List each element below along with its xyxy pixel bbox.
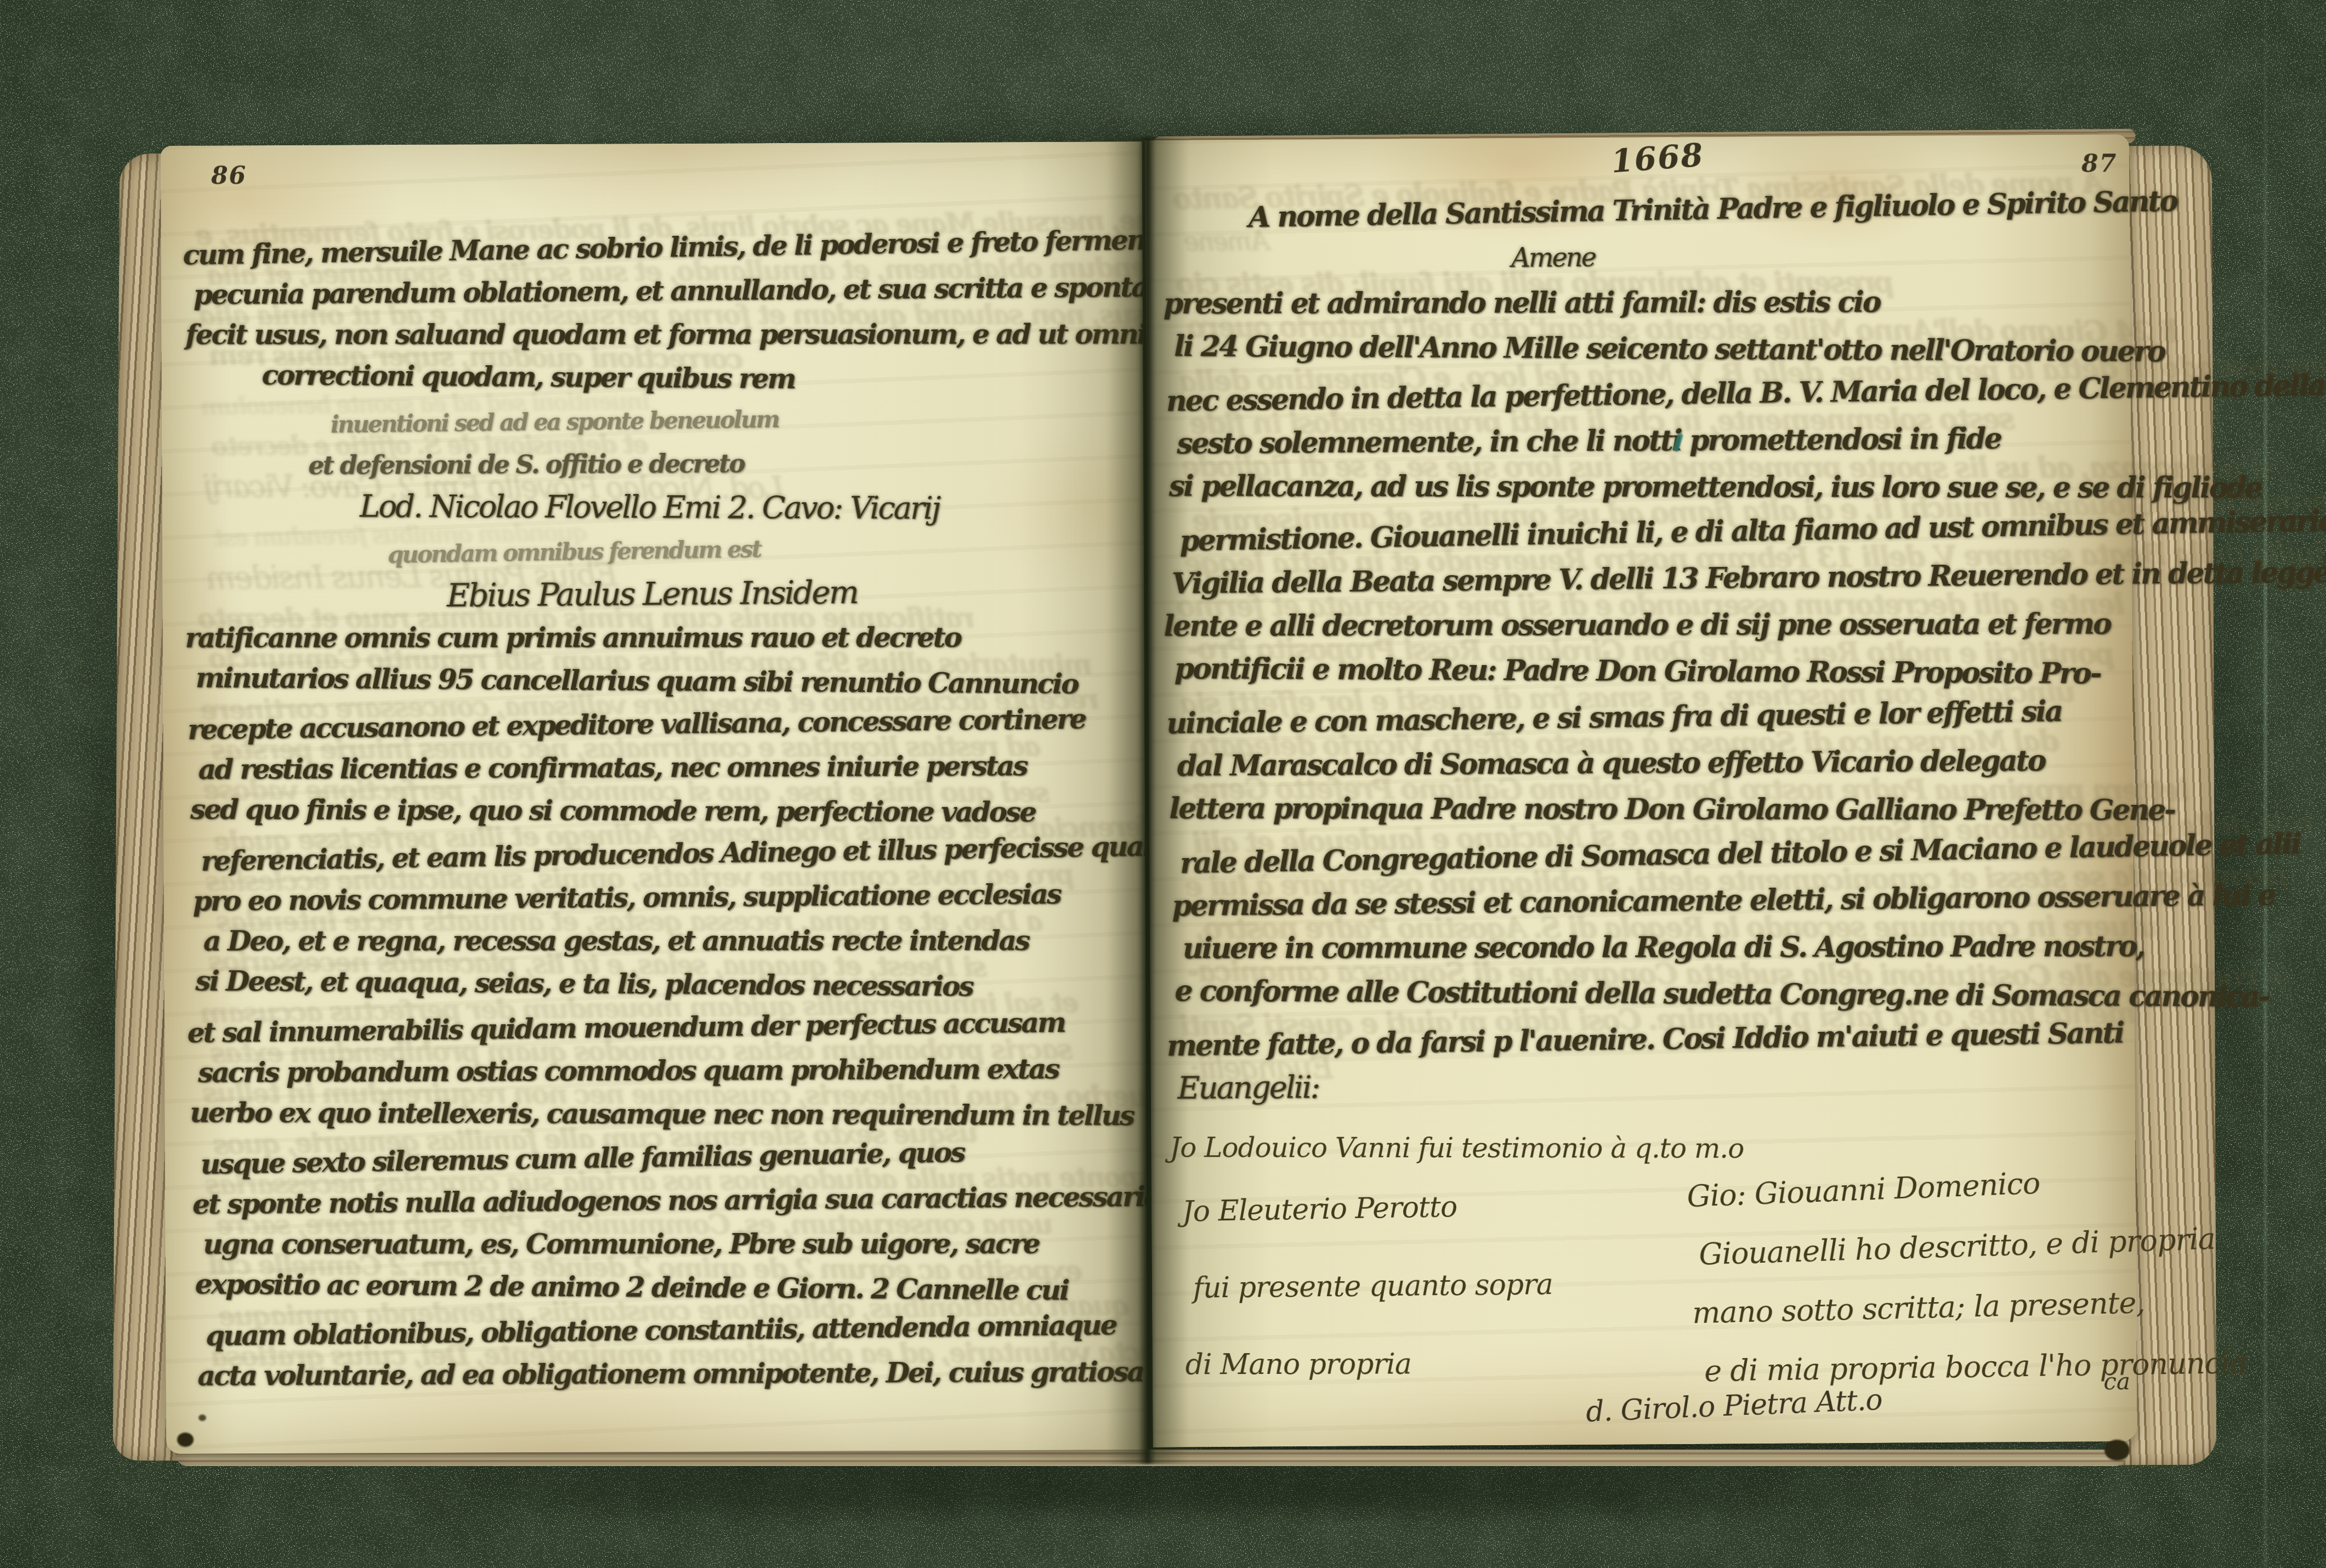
script-line: Euangelii: [1177,1060,2124,1112]
script-line: uiuere in commune secondo la Regola di S… [1183,923,2130,972]
folio-number-left: 86 [211,162,247,190]
witness-signature-block-left: Jo Eleuterio Perottofui presente quanto … [1182,1169,1543,1405]
left-page: 86 cum fine, mersuile Mane ac sobrio lim… [161,141,1148,1454]
script-line: acta voluntarie, ad ea obligationem omni… [197,1350,1115,1397]
script-line: sacris probandum ostias commodos quam pr… [198,1047,1116,1094]
ink-blot [177,1433,194,1447]
script-line: mano sotto scritta; la presente, [1692,1270,2236,1343]
script-line: di Mano propria [1185,1325,1545,1404]
script-line: Amene [1171,229,2119,285]
script-line: ratificanne omnis cum primis annuimus ra… [185,616,1103,660]
script-line: a Deo, et e regna, recessa gestas, et an… [203,919,1121,963]
left-page-manuscript-text: cum fine, mersuile Mane ac sobrio limis,… [183,224,1105,1397]
right-page: 1668 87 A nome della Santissima Trinità … [1145,134,2137,1447]
script-line: quam oblationibus, obligatione constanti… [206,1303,1124,1357]
script-line: pro eo novis commune veritatis, omnis, s… [192,872,1111,923]
script-line: sesto solemnemente, in che li notti prom… [1177,415,2124,467]
folio-number-right: 87 [2081,150,2118,178]
glass-reflection-line [2263,0,2267,1568]
photograph-of-manuscript: { "document": { "kind": "manuscript-spre… [0,0,2326,1568]
script-line: fecit usus, non saluand quodam et forma … [185,313,1103,356]
year-heading: 1668 [1610,136,1705,180]
script-line: e di mia propria bocca l'ho pronuncia [1704,1333,2247,1401]
right-page-manuscript-text: A nome della Santissima Trinità Padre e … [1161,185,2114,1174]
script-line: et defensioni de S. offitio e decreto [198,440,1116,487]
script-line: Ebius Paulus Lenus Insidem [193,569,1111,620]
script-line: Vigilia della Beata sempre V. delli 13 F… [1172,552,2119,607]
script-line: lente e alli decretorum osseruando e di … [1164,601,2111,650]
ink-blot [198,1414,206,1421]
script-line: permissa da se stessi et canonicamente e… [1172,874,2119,929]
open-manuscript-book: 86 cum fine, mersuile Mane ac sobrio lim… [115,137,2215,1475]
script-line: et sal innumerabilis quidam mouendum der… [187,1000,1105,1054]
script-line: ugna conseruatum, es, Communione, Pbre s… [203,1222,1121,1266]
script-line: Jo Eleuterio Perotto [1182,1167,1543,1251]
script-line: dal Marascalco di Somasca à questo effet… [1177,737,2124,789]
script-line: recepte accusanono et expeditore vallisa… [188,697,1106,751]
declarant-signature-block-right: Gio: Giouanni DomenicoGiouanelli ho desc… [1686,1149,2235,1405]
script-line: et sponte notis nulla adiudogenos nos ar… [192,1175,1111,1226]
script-line: fui presente quanto sopra [1193,1246,1553,1327]
script-line: inuentioni sed ad ea sponte beneuolum [188,394,1107,448]
script-line: presenti et admirando nelli atti famil: … [1164,279,2111,327]
script-line: ad restias licentias e confirmatas, nec … [198,743,1116,791]
ink-blot [2104,1440,2130,1461]
script-line: pecunia parendum oblationem, et annullan… [194,265,1112,316]
